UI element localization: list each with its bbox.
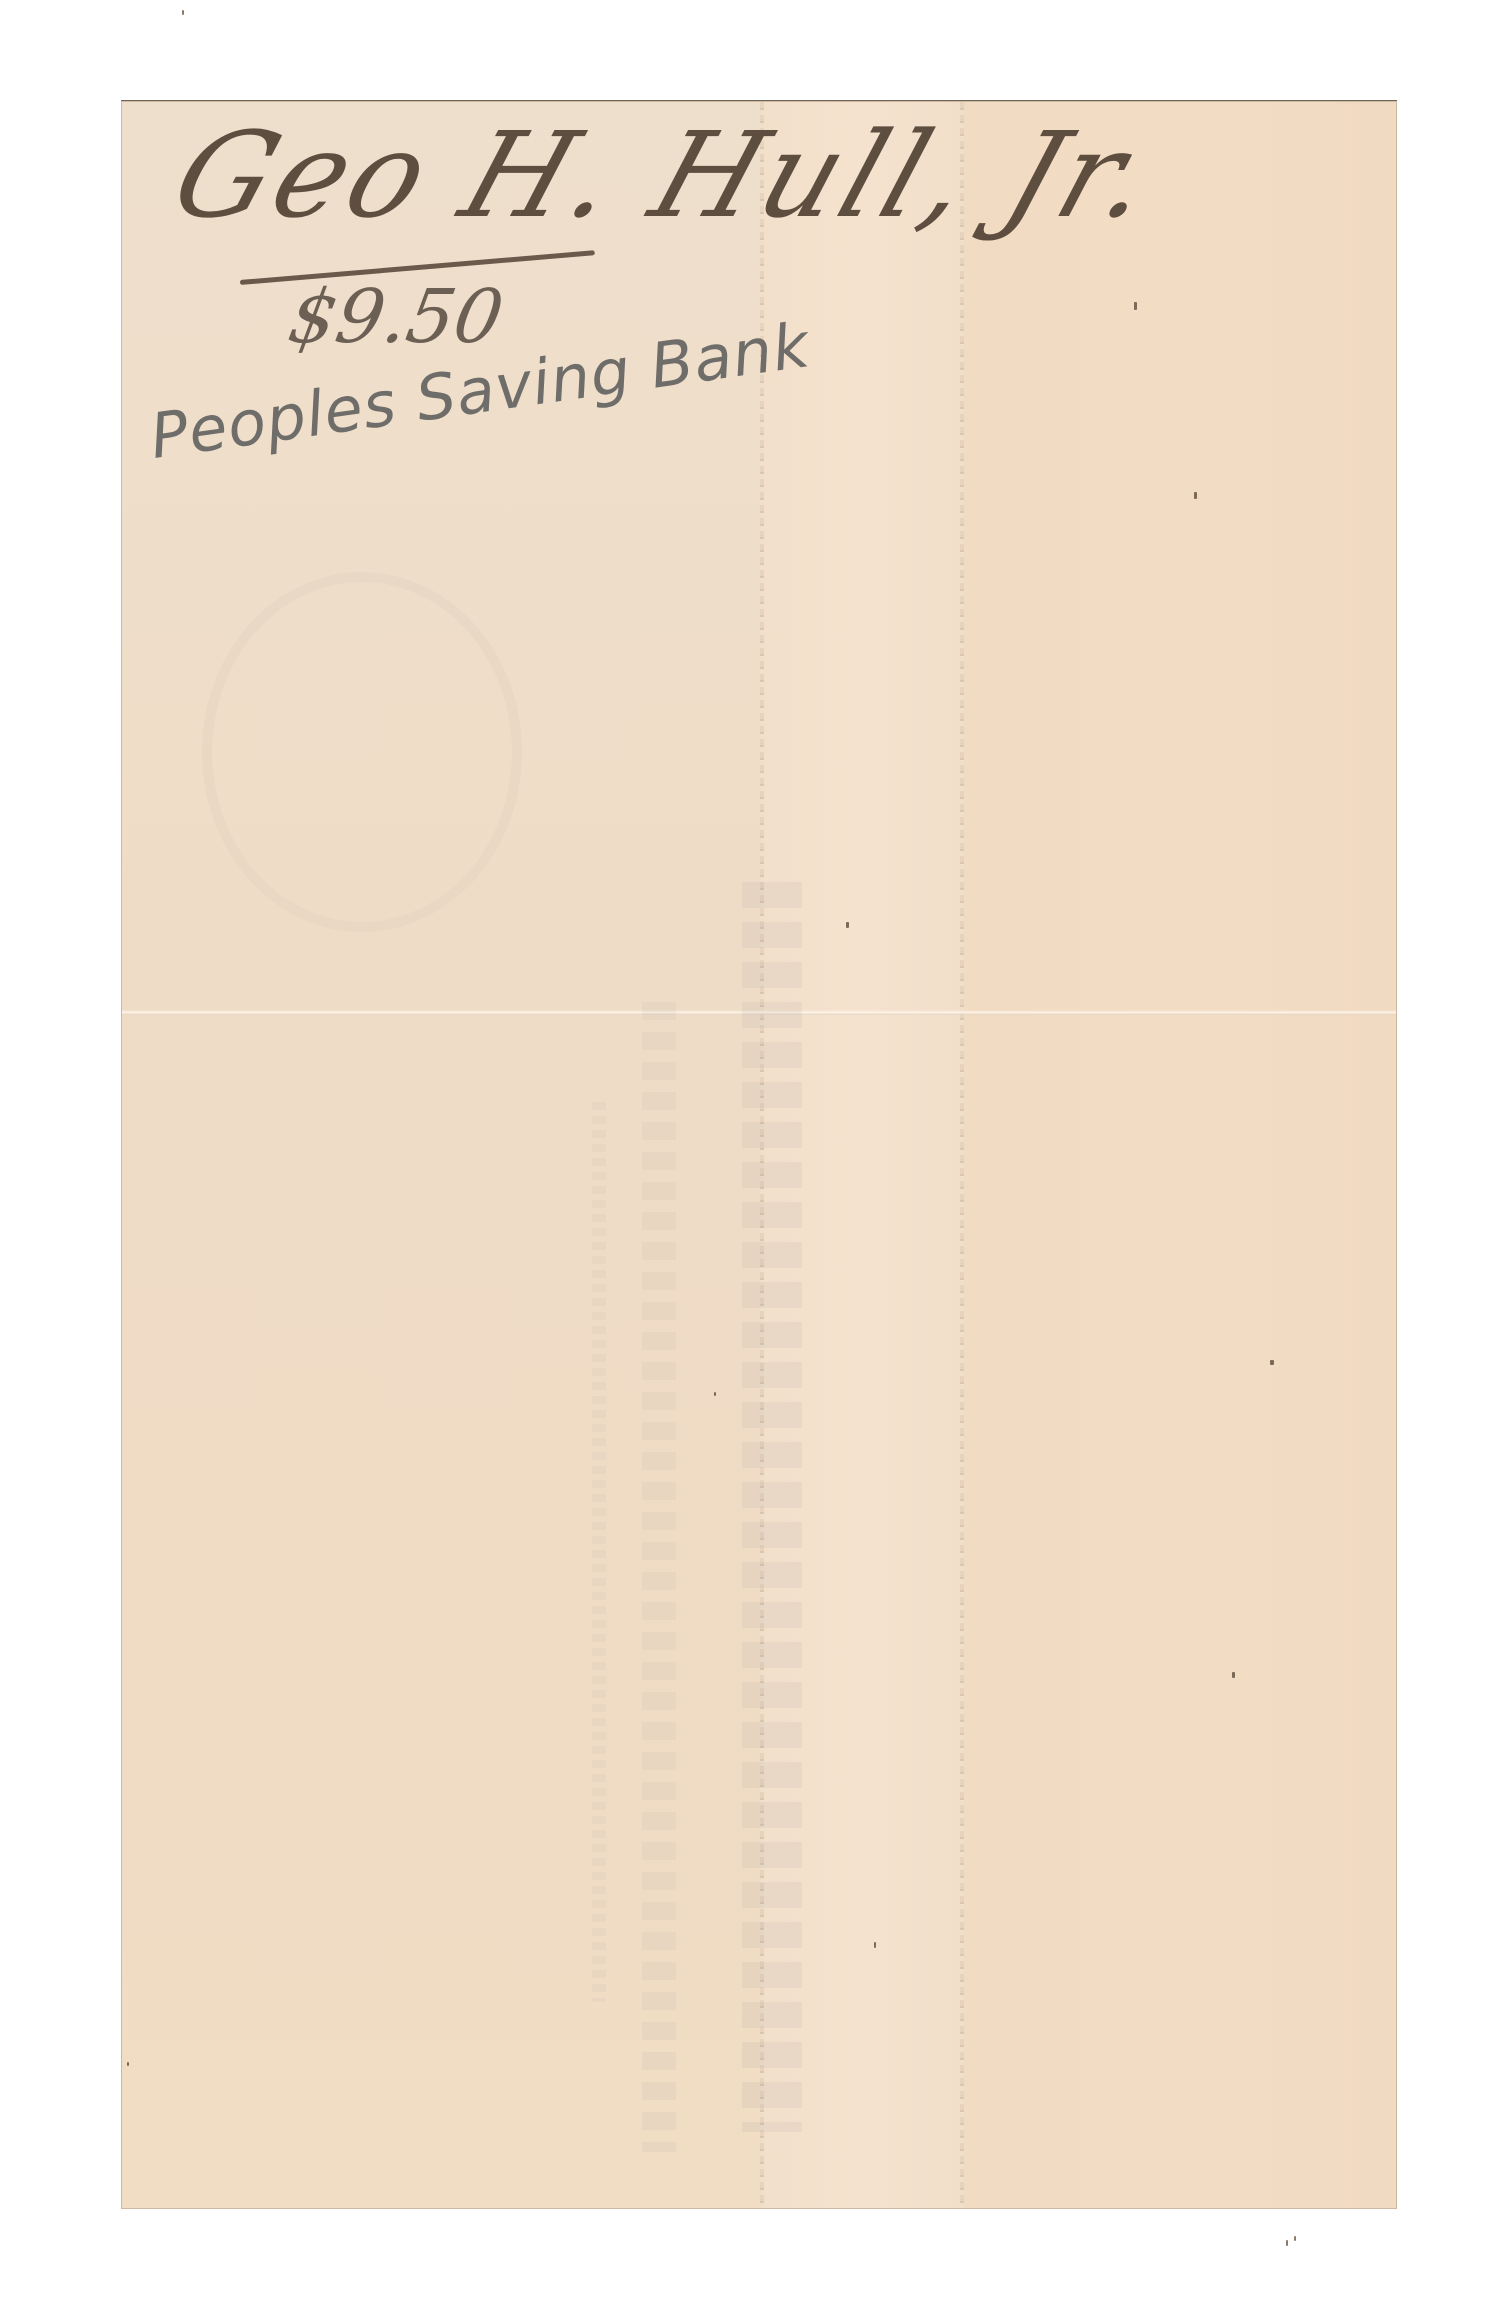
bleed-through-print: [742, 882, 802, 2132]
paper-speck: [1232, 1672, 1235, 1678]
paper-speck: [1194, 492, 1197, 499]
paper-speck: [1134, 302, 1137, 310]
paper-speck: [714, 1392, 716, 1396]
paper-speck: [874, 1942, 876, 1948]
bleed-through-print: [592, 1102, 606, 2002]
signature-text: Geo H. Hull, Jr.: [158, 106, 1175, 244]
bleed-through-print: [642, 1002, 676, 2152]
paper-sheet: Geo H. Hull, Jr. $9.50 Peoples Saving Ba…: [122, 102, 1396, 2208]
paper-speck: [846, 922, 849, 928]
paper-panel-right: [962, 102, 1396, 2208]
amount-text: $9.50: [282, 274, 509, 360]
vertical-fold-line: [960, 102, 964, 2208]
paper-speck: [1270, 1360, 1274, 1365]
bleed-through-oval: [202, 572, 522, 932]
paper-speck: [127, 2062, 129, 2066]
